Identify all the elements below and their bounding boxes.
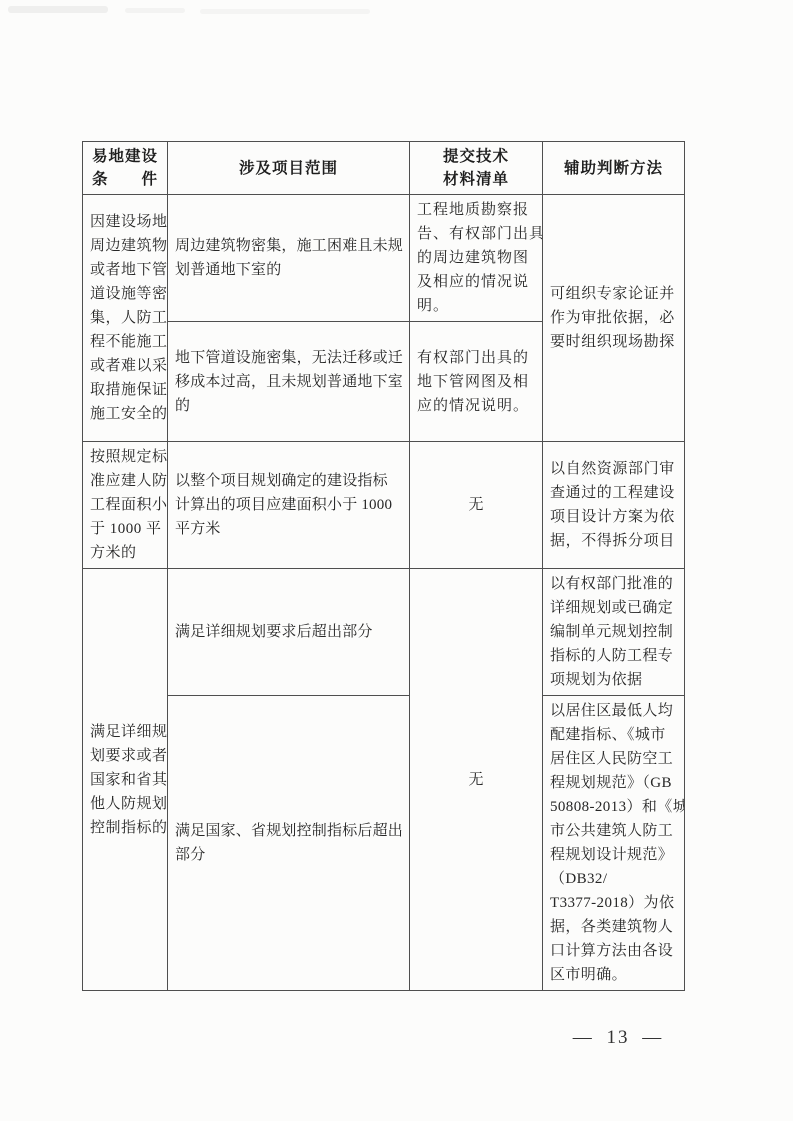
cell-s1-r2-scope: 地下管道设施密集，无法迁移或迁 移成本过高，且未规划普通地下室 的: [168, 322, 410, 442]
table-header-row: 易地建设 条 件 涉及项目范围 提交技术 材料清单 辅助判断方法: [83, 142, 685, 195]
cell-s1-r1-materials: 工程地质勘察报 告、有权部门出具 的周边建筑物图 及相应的情况说 明。: [410, 195, 543, 322]
header-relocation-condition: 易地建设 条 件: [83, 142, 168, 195]
cell-s2-condition: 按照规定标 准应建人防 工程面积小 于 1000 平 方米的: [83, 442, 168, 569]
cell-s1-condition: 因建设场地 周边建筑物 或者地下管 道设施等密 集，人防工 程不能施工 或者难以…: [83, 195, 168, 442]
header-judgment-method: 辅助判断方法: [543, 142, 685, 195]
document-page: 易地建设 条 件 涉及项目范围 提交技术 材料清单 辅助判断方法 因建设场地 周…: [0, 0, 793, 1121]
scan-artifact: [200, 9, 370, 14]
scan-artifact: [8, 6, 108, 13]
cell-s3-r2-judgment: 以居住区最低人均 配建指标、《城市 居住区人民防空工 程规划规范》（GB 508…: [543, 696, 685, 991]
cell-s1-judgment: 可组织专家论证并 作为审批依据，必 要时组织现场勘探: [543, 195, 685, 442]
scan-artifact: [125, 8, 185, 13]
table-row: 满足国家、省规划控制指标后超出 部分 以居住区最低人均 配建指标、《城市 居住区…: [83, 696, 685, 991]
cell-s1-r1-scope: 周边建筑物密集，施工困难且未规 划普通地下室的: [168, 195, 410, 322]
page-number: — 13 —: [563, 1027, 673, 1049]
cell-s3-r1-scope: 满足详细规划要求后超出部分: [168, 569, 410, 696]
cell-s3-r2-scope: 满足国家、省规划控制指标后超出 部分: [168, 696, 410, 991]
table-row: 满足详细规 划要求或者 国家和省其 他人防规划 控制指标的 满足详细规划要求后超…: [83, 569, 685, 696]
table-row: 按照规定标 准应建人防 工程面积小 于 1000 平 方米的 以整个项目规划确定…: [83, 442, 685, 569]
cell-s3-materials: 无: [410, 569, 543, 991]
header-technical-materials: 提交技术 材料清单: [410, 142, 543, 195]
header-project-scope: 涉及项目范围: [168, 142, 410, 195]
table-row: 因建设场地 周边建筑物 或者地下管 道设施等密 集，人防工 程不能施工 或者难以…: [83, 195, 685, 322]
cell-s3-r1-judgment: 以有权部门批准的 详细规划或已确定 编制单元规划控制 指标的人防工程专 项规划为…: [543, 569, 685, 696]
cell-s1-r2-materials: 有权部门出具的 地下管网图及相 应的情况说明。: [410, 322, 543, 442]
exemption-criteria-table: 易地建设 条 件 涉及项目范围 提交技术 材料清单 辅助判断方法 因建设场地 周…: [82, 141, 685, 991]
cell-s3-condition: 满足详细规 划要求或者 国家和省其 他人防规划 控制指标的: [83, 569, 168, 991]
cell-s2-scope: 以整个项目规划确定的建设指标 计算出的项目应建面积小于 1000 平方米: [168, 442, 410, 569]
cell-s2-judgment: 以自然资源部门审 查通过的工程建设 项目设计方案为依 据，不得拆分项目: [543, 442, 685, 569]
cell-s2-materials: 无: [410, 442, 543, 569]
